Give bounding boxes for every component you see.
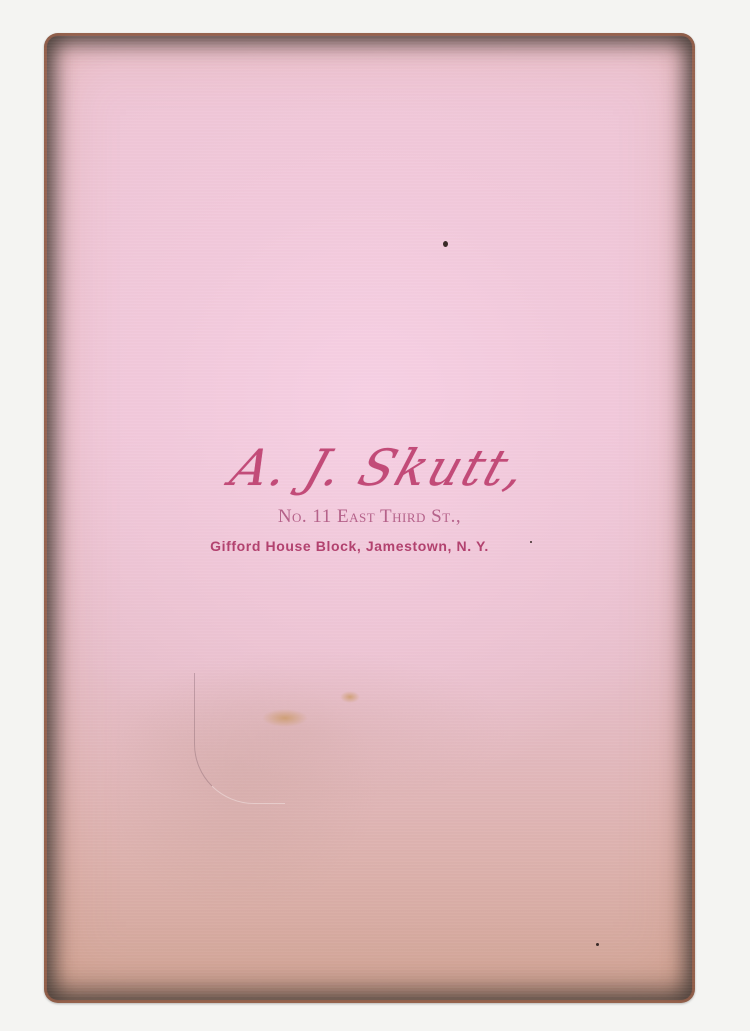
paper-crease (194, 673, 285, 804)
ink-speck (596, 943, 599, 946)
ink-speck (443, 241, 448, 247)
foxing-stain (340, 691, 360, 703)
photographer-imprint: A. J. Skutt, No. 11 East Third St., Giff… (44, 438, 695, 554)
cabinet-card-back: A. J. Skutt, No. 11 East Third St., Giff… (44, 33, 695, 1003)
studio-name: A. J. Skutt, (223, 438, 535, 498)
scan-background: A. J. Skutt, No. 11 East Third St., Giff… (0, 0, 750, 1031)
studio-location: Gifford House Block, Jamestown, N. Y. (44, 538, 695, 554)
studio-address: No. 11 East Third St., (44, 506, 695, 528)
